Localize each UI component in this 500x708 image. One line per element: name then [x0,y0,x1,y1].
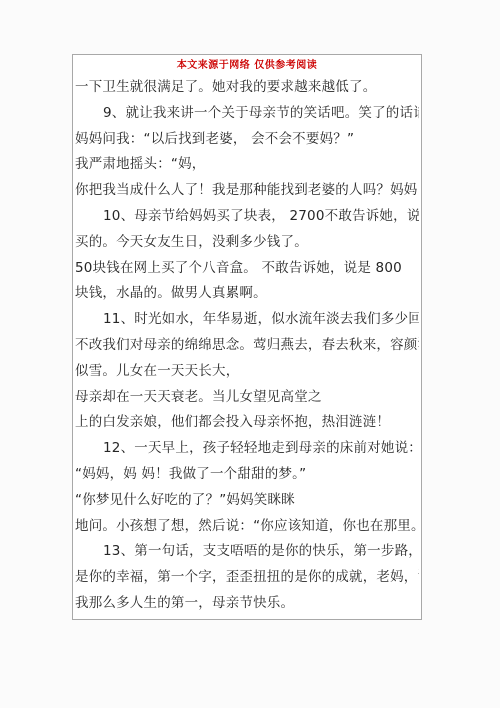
page-background: 本文来源于网络 仅供参考阅读 一下卫生就很满足了。她对我的要求越来越低了。9、就… [0,0,500,708]
text-line: 妈妈问我：“以后找到老婆， 会不会不要妈？” [75,127,419,153]
text-line: 地问。小孩想了想，然后说：“你应该知道，你也在那里。” [75,514,419,540]
document-body: 一下卫生就很满足了。她对我的要求越来越低了。9、就让我来讲一个关于母亲节的笑话吧… [73,75,421,619]
text-line: 12、一天早上，孩子轻轻地走到母亲的床前对她说： [75,436,419,462]
text-line: 10、母亲节给妈妈买了块表， 2700不敢告诉她，说是 100 块钱 [75,204,419,230]
text-line: 块钱，水晶的。做男人真累啊。 [75,281,419,307]
text-line: “你梦见什么好吃的了？”妈妈笑眯眯 [75,488,419,514]
text-line: 不改我们对母亲的绵绵思念。莺归燕去，春去秋来，容颜渐老，白发 [75,333,419,359]
text-line: 似雪。儿女在一天天长大， [75,359,419,385]
text-line: 50块钱在网上买了个八音盒。 不敢告诉她，说是 800 [75,256,419,282]
text-line: 是你的幸福，第一个字，歪歪扭扭的是你的成就，老妈，谢谢你给了 [75,565,419,591]
text-line: 母亲却在一天天衰老。当儿女望见高堂之 [75,385,419,411]
text-line: “妈妈，妈 妈！我做了一个甜甜的梦。” [75,462,419,488]
text-line: 我严肃地摇头：“妈， [75,152,419,178]
source-notice: 本文来源于网络 仅供参考阅读 [73,55,421,75]
document-page: 本文来源于网络 仅供参考阅读 一下卫生就很满足了。她对我的要求越来越低了。9、就… [72,54,422,620]
text-line: 你把我当成什么人了！我是那种能找到老婆的人吗？妈妈… [75,178,419,204]
text-line: 上的白发亲娘，他们都会投入母亲怀抱，热泪涟涟！ [75,410,419,436]
text-line: 11、时光如水，年华易逝，似水流年淡去我们多少回忆，却始终 [75,307,419,333]
text-line: 9、就让我来讲一个关于母亲节的笑话吧。笑了的话请 +1、今天 [75,101,419,127]
text-line: 一下卫生就很满足了。她对我的要求越来越低了。 [75,75,419,101]
text-line: 买的。今天女友生日，没剩多少钱了。 [75,230,419,256]
text-line: 13、第一句话，支支唔唔的是你的快乐，第一步路，跌跌撞撞的 [75,539,419,565]
text-line: 我那么多人生的第一，母亲节快乐。 [75,591,419,617]
